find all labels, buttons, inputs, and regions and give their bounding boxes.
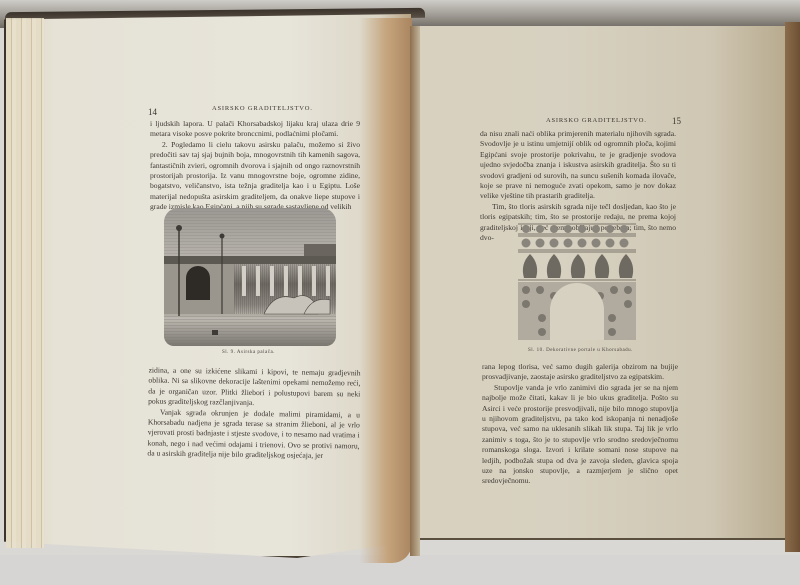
book-gutter-left xyxy=(360,18,412,563)
figure-caption: Sl. 9. Asirska palača. xyxy=(222,350,275,355)
figure-decorative-portal xyxy=(518,222,636,340)
rosette-arch-icon xyxy=(518,222,636,340)
figure-caption: Sl. 10. Dekorativne portale u Khorsabadu… xyxy=(528,348,633,353)
figure-assyrian-palace xyxy=(164,208,336,346)
right-bottom-text: rana lepog tlorisa, već samo dugih galer… xyxy=(482,362,678,487)
left-page-number: 14 xyxy=(148,107,157,117)
right-page-number: 15 xyxy=(672,116,681,126)
paragraph: Stupovlje vanda je vrlo zanimivi dio sgr… xyxy=(482,383,678,487)
page-stack-edges xyxy=(6,18,44,548)
palace-engraving-icon xyxy=(164,208,336,346)
paragraph: Vanjak sgrada okrunjen je dodale malimi … xyxy=(147,407,360,462)
book-gutter-right xyxy=(410,26,420,556)
left-running-head: ASIRSKO GRADITELJSTVO. xyxy=(212,105,313,112)
left-bottom-text: zidina, a one su izkićene slikami i kipo… xyxy=(147,366,360,463)
right-running-head: ASIRSKO GRADITELJSTVO. xyxy=(546,117,647,124)
book-cover-right-edge xyxy=(785,22,800,552)
paragraph: da nisu znali naći oblika primjerenih ma… xyxy=(480,129,676,202)
paragraph: i ljudskih lapora. U palači Khorsabadsko… xyxy=(150,119,360,140)
paragraph: zidina, a one su izkićene slikami i kipo… xyxy=(148,366,361,411)
paragraph: rana lepog tlorisa, već samo dugih galer… xyxy=(482,362,678,383)
paragraph: 2. Pogledamo li cielu takovu asirsku pal… xyxy=(150,140,360,213)
left-top-text: i ljudskih lapora. U palači Khorsabadsko… xyxy=(150,119,360,213)
